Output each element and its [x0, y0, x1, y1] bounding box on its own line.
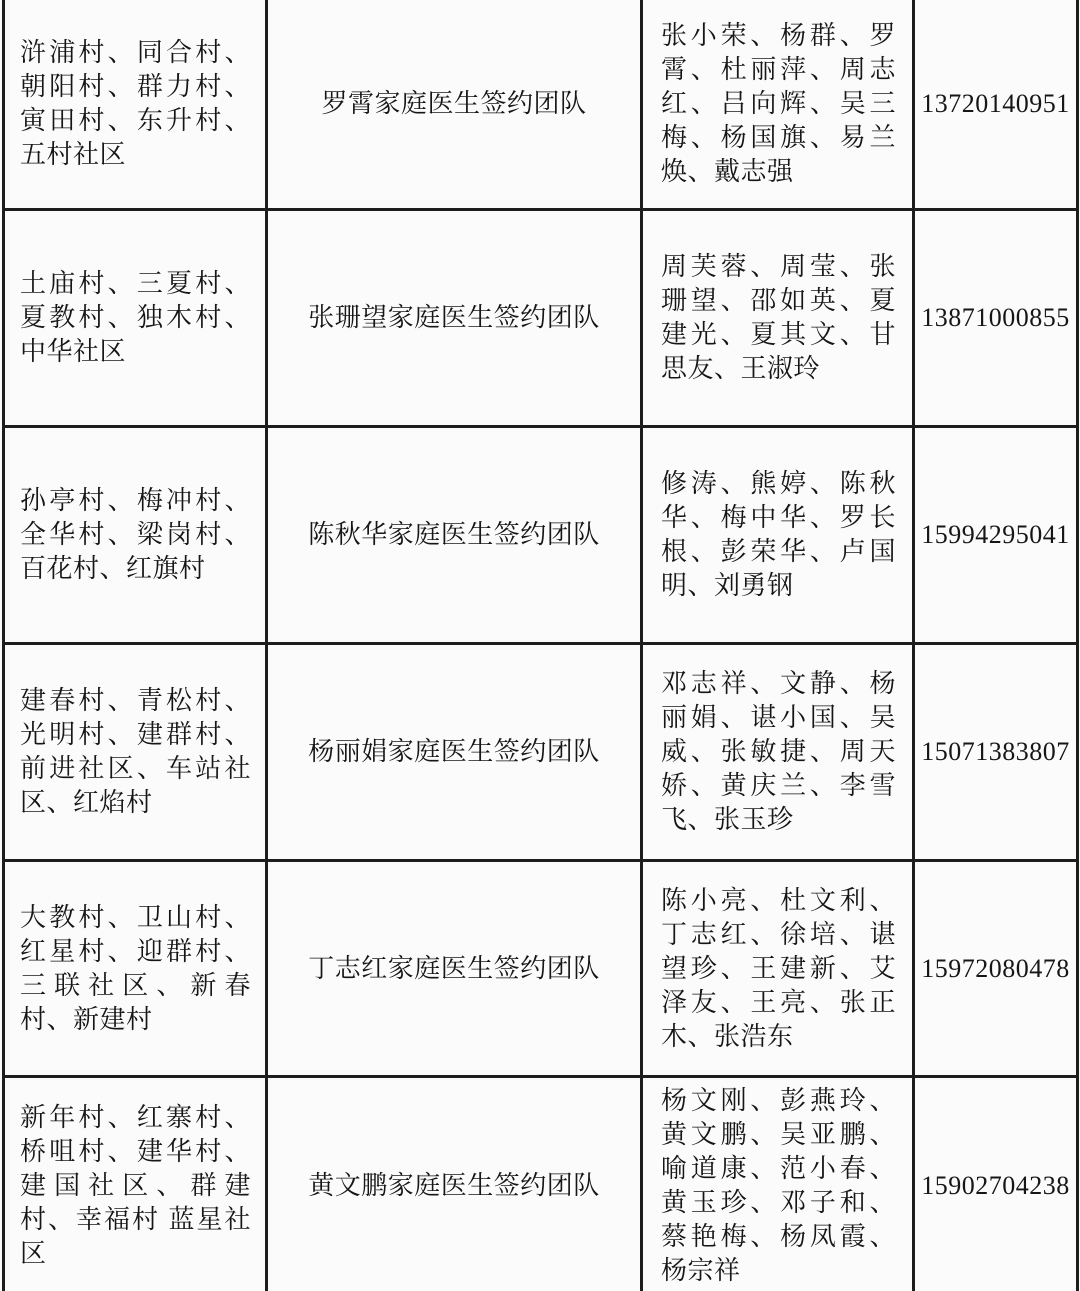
table-row: 土庙村、三夏村、夏教村、独木村、中华社区 张珊望家庭医生签约团队 周芙蓉、周莹、…	[4, 210, 1078, 427]
phone-cell: 13871000855	[914, 210, 1078, 427]
villages-cell: 孙亭村、梅冲村、全华村、梁岗村、百花村、红旗村	[4, 427, 267, 644]
phone-cell: 13720140951	[914, 0, 1078, 210]
team-name-cell: 丁志红家庭医生签约团队	[267, 861, 642, 1077]
phone-cell: 15972080478	[914, 861, 1078, 1077]
members-cell: 修涛、熊婷、陈秋华、梅中华、罗长根、彭荣华、卢国明、刘勇钢	[642, 427, 914, 644]
villages-cell: 建春村、青松村、光明村、建群村、前进社区、车站社区、红焰村	[4, 644, 267, 861]
table-row: 建春村、青松村、光明村、建群村、前进社区、车站社区、红焰村 杨丽娟家庭医生签约团…	[4, 644, 1078, 861]
document-page: 浒浦村、同合村、朝阳村、群力村、寅田村、东升村、五村社区 罗霄家庭医生签约团队 …	[0, 0, 1080, 1291]
members-cell: 张小荣、杨群、罗霄、杜丽萍、周志红、吕向辉、吴三梅、杨国旗、易兰焕、戴志强	[642, 0, 914, 210]
team-name-cell: 张珊望家庭医生签约团队	[267, 210, 642, 427]
members-cell: 邓志祥、文静、杨丽娟、谌小国、吴威、张敏捷、周天娇、黄庆兰、李雪飞、张玉珍	[642, 644, 914, 861]
villages-cell: 大教村、卫山村、红星村、迎群村、三联社区、新春村、新建村	[4, 861, 267, 1077]
villages-cell: 土庙村、三夏村、夏教村、独木村、中华社区	[4, 210, 267, 427]
table-row: 大教村、卫山村、红星村、迎群村、三联社区、新春村、新建村 丁志红家庭医生签约团队…	[4, 861, 1078, 1077]
table-row: 孙亭村、梅冲村、全华村、梁岗村、百花村、红旗村 陈秋华家庭医生签约团队 修涛、熊…	[4, 427, 1078, 644]
members-cell: 杨文刚、彭燕玲、黄文鹏、吴亚鹏、喻道康、范小春、黄玉珍、邓子和、蔡艳梅、杨凤霞、…	[642, 1077, 914, 1291]
doctor-team-table: 浒浦村、同合村、朝阳村、群力村、寅田村、东升村、五村社区 罗霄家庭医生签约团队 …	[2, 0, 1079, 1291]
phone-cell: 15902704238	[914, 1077, 1078, 1291]
villages-cell: 浒浦村、同合村、朝阳村、群力村、寅田村、东升村、五村社区	[4, 0, 267, 210]
team-name-cell: 罗霄家庭医生签约团队	[267, 0, 642, 210]
phone-cell: 15071383807	[914, 644, 1078, 861]
members-cell: 周芙蓉、周莹、张珊望、邵如英、夏建光、夏其文、甘思友、王淑玲	[642, 210, 914, 427]
table-row: 浒浦村、同合村、朝阳村、群力村、寅田村、东升村、五村社区 罗霄家庭医生签约团队 …	[4, 0, 1078, 210]
phone-cell: 15994295041	[914, 427, 1078, 644]
villages-cell: 新年村、红寨村、桥咀村、建华村、建国社区、群建村、幸福村 蓝星社区	[4, 1077, 267, 1291]
team-name-cell: 黄文鹏家庭医生签约团队	[267, 1077, 642, 1291]
members-cell: 陈小亮、杜文利、丁志红、徐培、谌望珍、王建新、艾泽友、王亮、张正木、张浩东	[642, 861, 914, 1077]
table-row: 新年村、红寨村、桥咀村、建华村、建国社区、群建村、幸福村 蓝星社区 黄文鹏家庭医…	[4, 1077, 1078, 1291]
team-name-cell: 陈秋华家庭医生签约团队	[267, 427, 642, 644]
team-name-cell: 杨丽娟家庭医生签约团队	[267, 644, 642, 861]
